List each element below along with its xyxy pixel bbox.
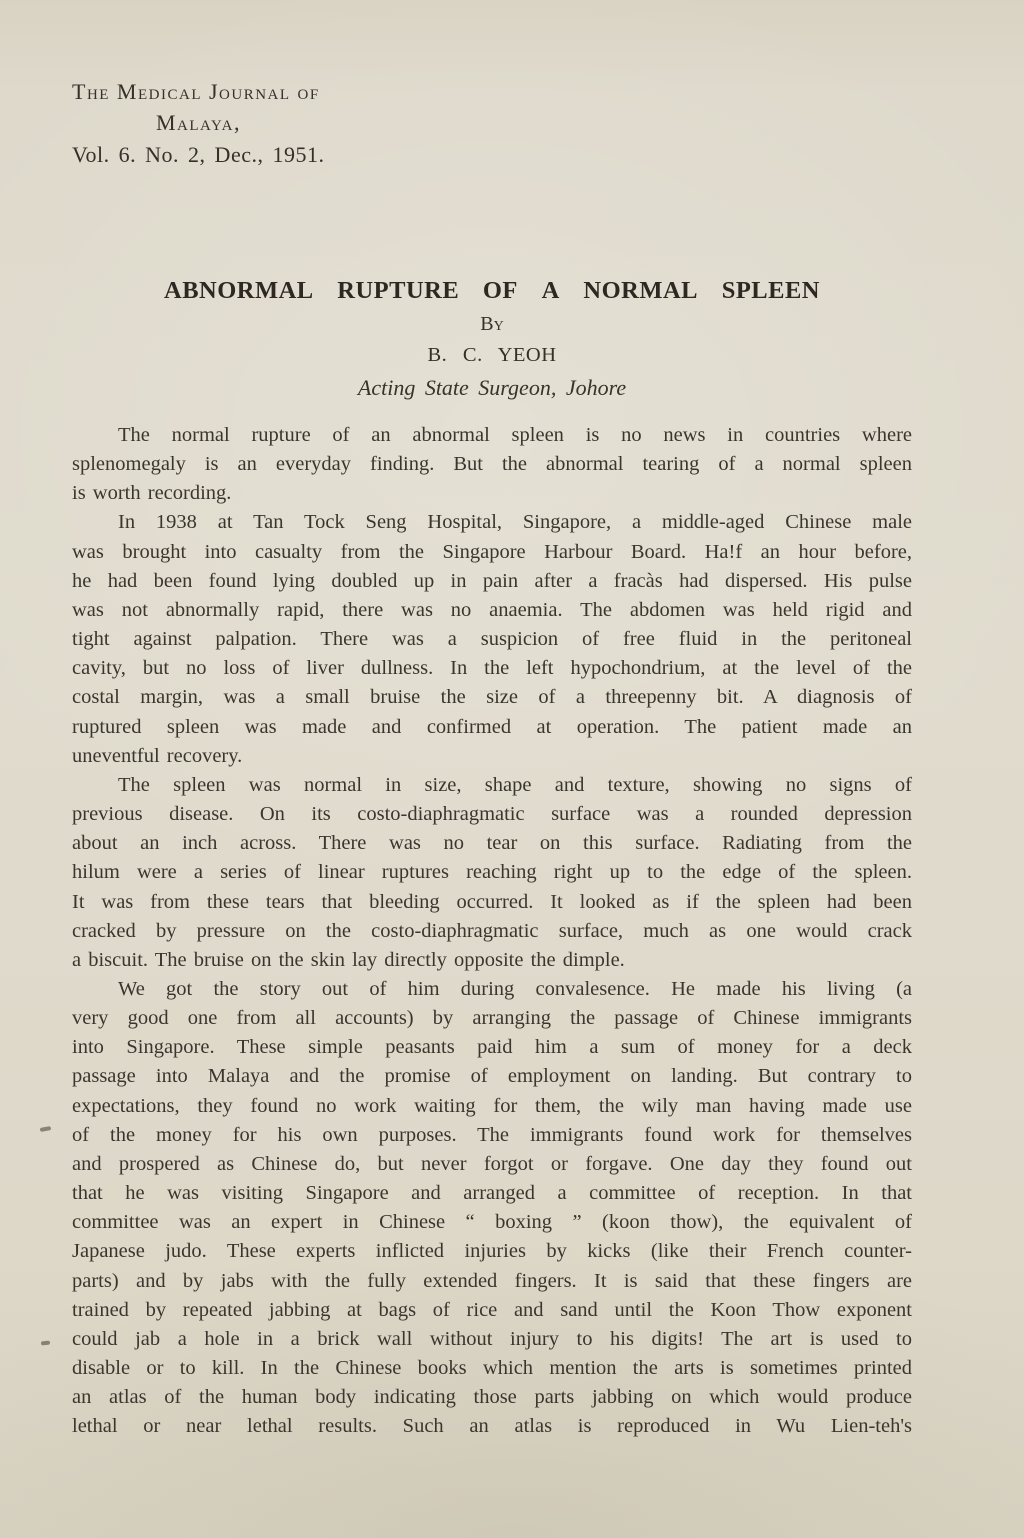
text-line: uneventful recovery. — [72, 742, 912, 771]
title-word: RUPTURE — [337, 277, 459, 305]
title-word: OF — [483, 277, 518, 305]
scan-blemish — [40, 1126, 52, 1132]
article-title-block: ABNORMALRUPTUREOFANORMALSPLEEN By B. C. … — [72, 277, 912, 401]
article-affiliation: Acting State Surgeon, Johore — [72, 375, 912, 401]
text-line: tight against palpation. There was a sus… — [72, 625, 912, 654]
title-word: NORMAL — [583, 277, 698, 305]
text-line: is worth recording. — [72, 479, 912, 508]
text-line: was brought into casualty from the Singa… — [72, 538, 912, 567]
title-word: A — [542, 277, 560, 305]
text-line: trained by repeated jabbing at bags of r… — [72, 1296, 912, 1325]
journal-name-line2: Malaya, — [156, 107, 324, 138]
text-line: lethal or near lethal results. Such an a… — [72, 1412, 912, 1441]
article-byline: By — [72, 313, 912, 336]
text-line: and prospered as Chinese do, but never f… — [72, 1150, 912, 1179]
text-line: about an inch across. There was no tear … — [72, 829, 912, 858]
text-line: cavity, but no loss of liver dullness. I… — [72, 654, 912, 683]
text-line: could jab a hole in a brick wall without… — [72, 1325, 912, 1354]
text-line: The spleen was normal in size, shape and… — [72, 771, 912, 800]
text-line: of the money for his own purposes. The i… — [72, 1121, 912, 1150]
title-word: ABNORMAL — [164, 277, 314, 305]
text-line: Japanese judo. These experts inflicted i… — [72, 1237, 912, 1266]
text-line: he had been found lying doubled up in pa… — [72, 567, 912, 596]
text-line: It was from these tears that bleeding oc… — [72, 888, 912, 917]
text-line: expectations, they found no work waiting… — [72, 1092, 912, 1121]
text-line: previous disease. On its costo-diaphragm… — [72, 800, 912, 829]
text-line: passage into Malaya and the promise of e… — [72, 1062, 912, 1091]
journal-issue-line: Vol. 6. No. 2, Dec., 1951. — [72, 139, 324, 170]
text-line: was not abnormally rapid, there was no a… — [72, 596, 912, 625]
scan-blemish — [41, 1341, 50, 1346]
article-title: ABNORMALRUPTUREOFANORMALSPLEEN — [164, 277, 820, 305]
text-line: ruptured spleen was made and confirmed a… — [72, 713, 912, 742]
journal-masthead: The Medical Journal of Malaya, Vol. 6. N… — [72, 76, 324, 170]
text-line: costal margin, was a small bruise the si… — [72, 683, 912, 712]
text-line: that he was visiting Singapore and arran… — [72, 1179, 912, 1208]
text-line: cracked by pressure on the costo-diaphra… — [72, 917, 912, 946]
text-line: We got the story out of him during conva… — [72, 975, 912, 1004]
text-line: a biscuit. The bruise on the skin lay di… — [72, 946, 912, 975]
text-line: The normal rupture of an abnormal spleen… — [72, 421, 912, 450]
article-body: The normal rupture of an abnormal spleen… — [72, 421, 912, 1441]
text-line: committee was an expert in Chinese “ box… — [72, 1208, 912, 1237]
text-line: parts) and by jabs with the fully extend… — [72, 1267, 912, 1296]
text-line: In 1938 at Tan Tock Seng Hospital, Singa… — [72, 508, 912, 537]
journal-name-line1: The Medical Journal of — [72, 76, 324, 107]
text-line: hilum were a series of linear ruptures r… — [72, 858, 912, 887]
article-author: B. C. YEOH — [72, 344, 912, 367]
scanned-journal-page: The Medical Journal of Malaya, Vol. 6. N… — [0, 0, 1024, 1538]
text-line: splenomegaly is an everyday finding. But… — [72, 450, 912, 479]
title-word: SPLEEN — [722, 277, 820, 305]
text-line: very good one from all accounts) by arra… — [72, 1004, 912, 1033]
text-line: into Singapore. These simple peasants pa… — [72, 1033, 912, 1062]
text-line: disable or to kill. In the Chinese books… — [72, 1354, 912, 1383]
text-line: an atlas of the human body indicating th… — [72, 1383, 912, 1412]
